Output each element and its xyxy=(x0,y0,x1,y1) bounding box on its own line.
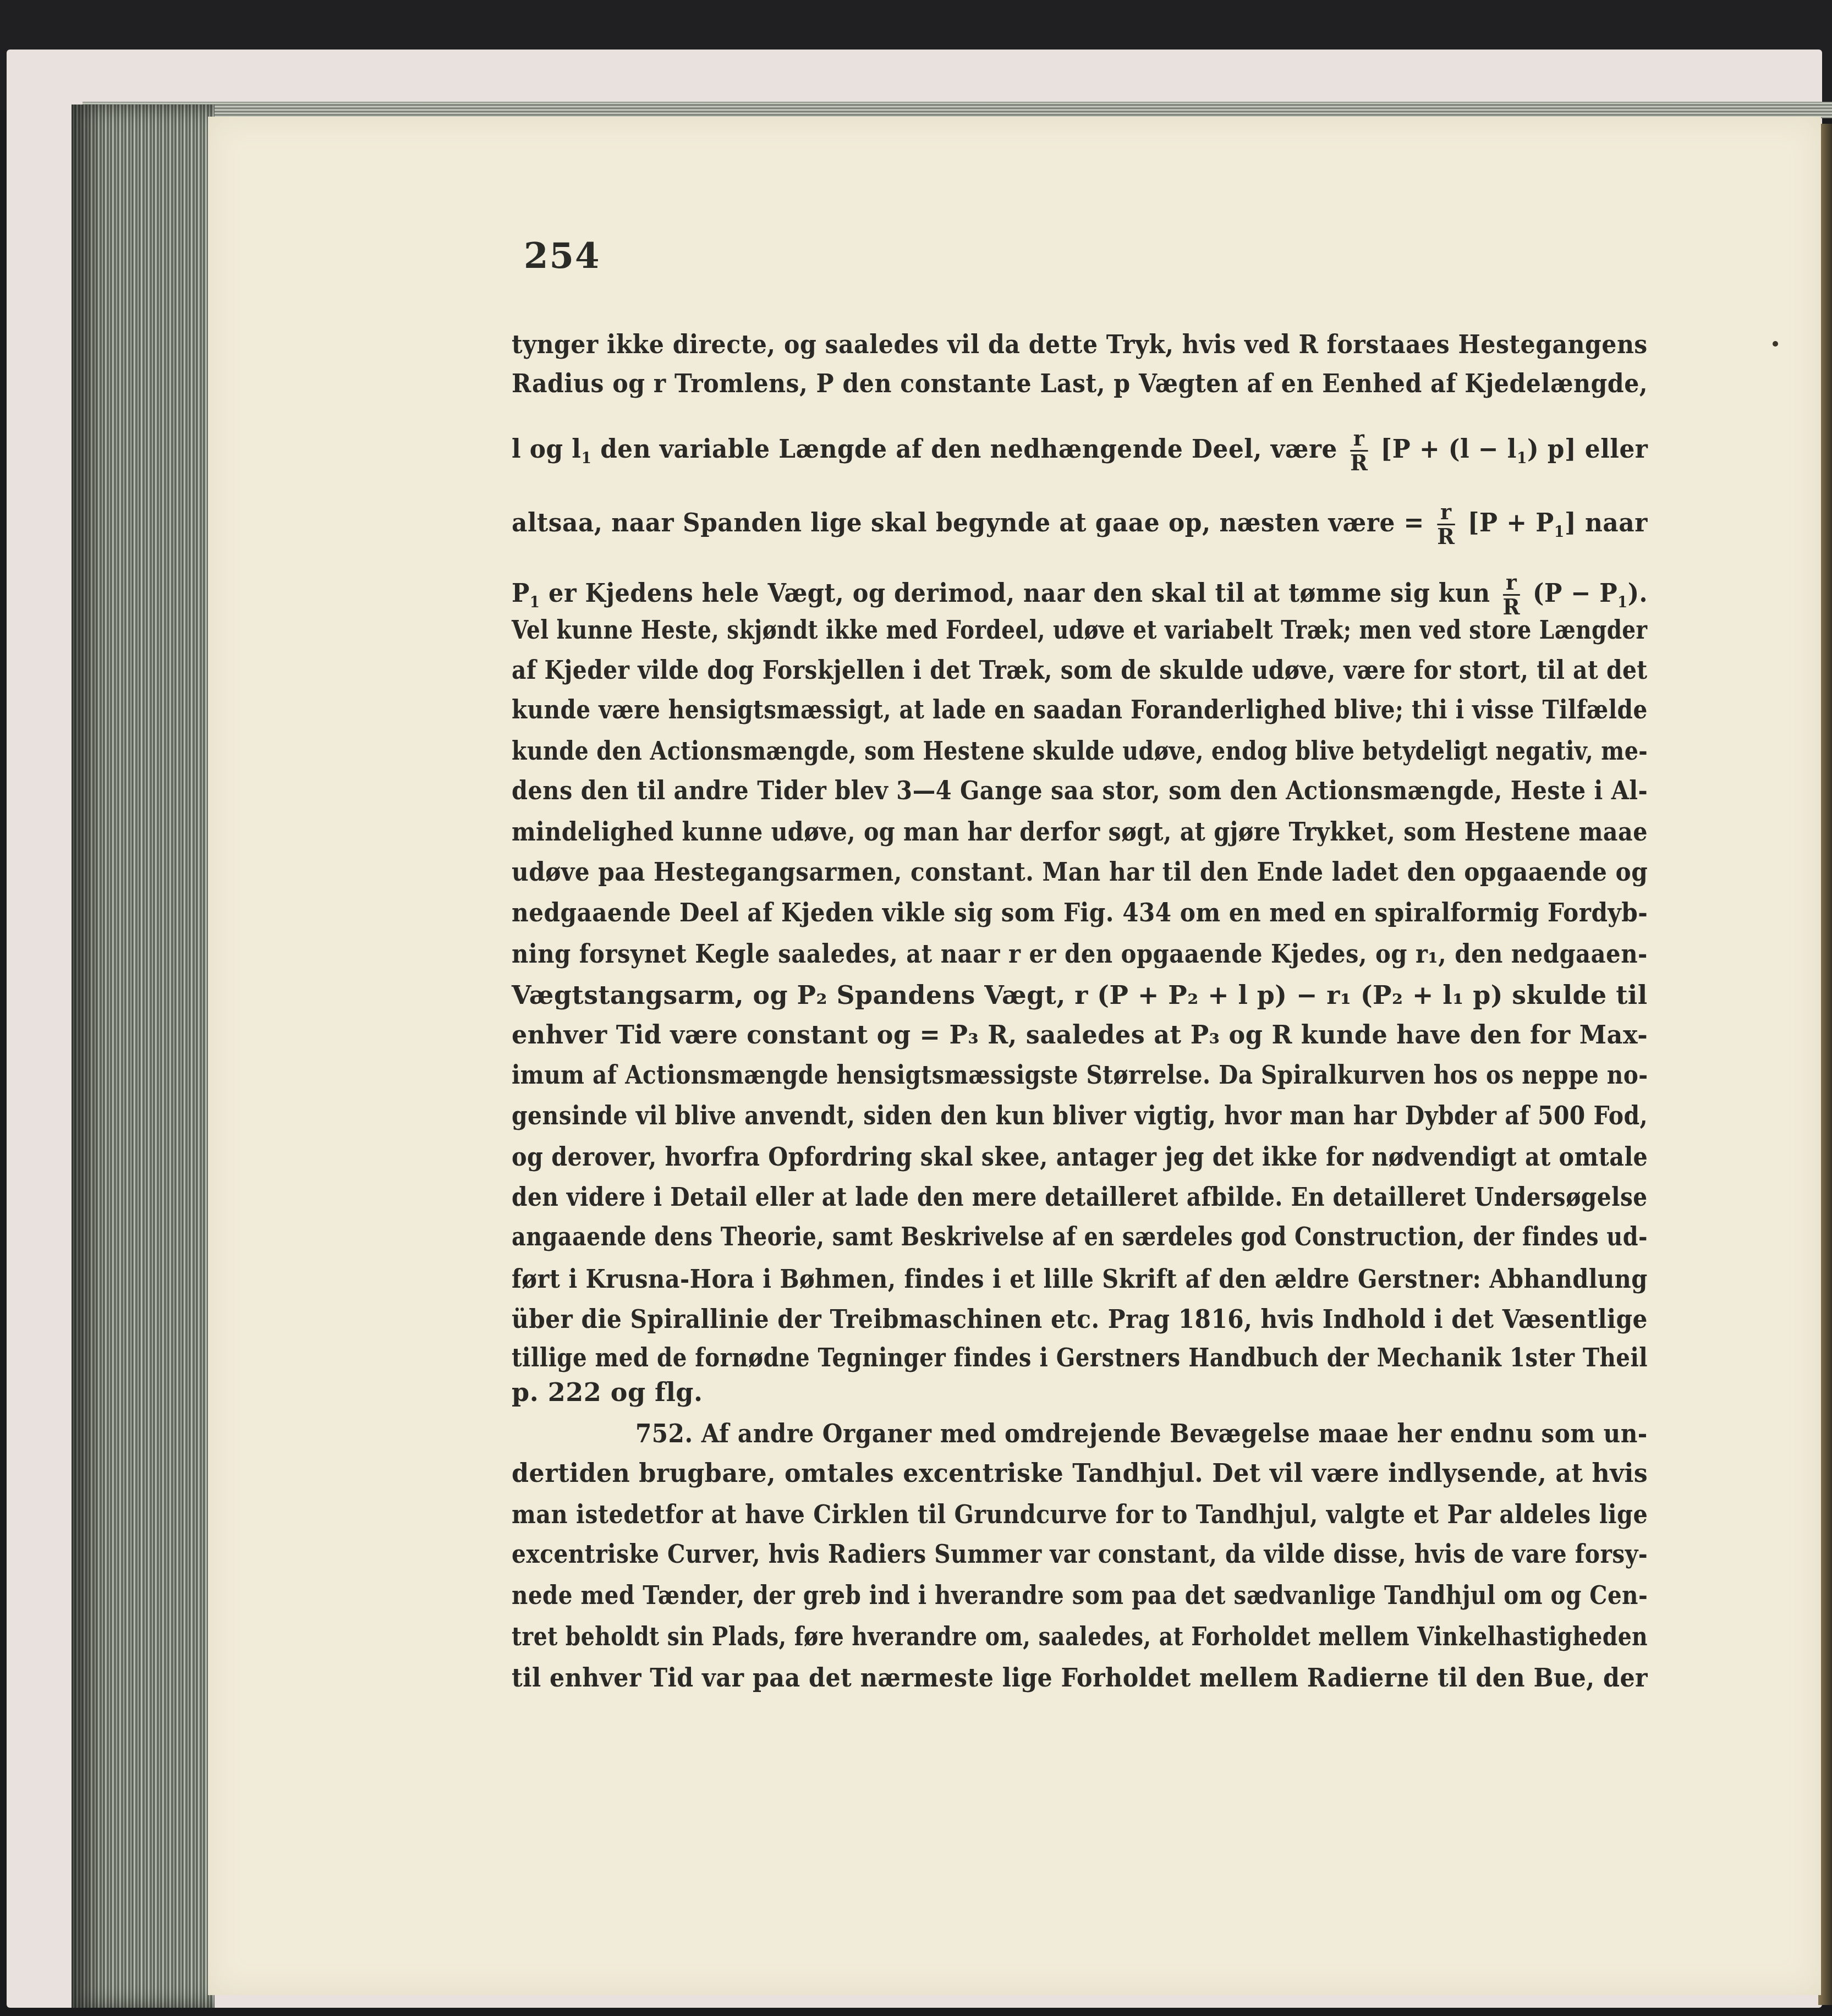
fraction-r-over-R: rR xyxy=(1350,427,1368,475)
text-fragment: l og l xyxy=(512,434,581,464)
text-line: tillige med de fornødne Tegninger findes… xyxy=(512,1341,1509,1374)
text-line: ning forsynet Kegle saaledes, at naar r … xyxy=(512,937,1544,970)
paragraph-start-752: 752. Af andre Organer med omdrejende Bev… xyxy=(635,1417,1564,1450)
text-line: ført i Krusna-Hora i Bøhmen, findes i et… xyxy=(512,1262,1538,1295)
text-line: nedgaaende Deel af Kjeden vikle sig som … xyxy=(512,896,1554,929)
text-line: Vægtstangsarm, og P₂ Spandens Vægt, r (P… xyxy=(512,979,1643,1012)
subscript: 1 xyxy=(530,593,540,611)
text-fragment: den variable Længde af den nedhængende D… xyxy=(591,434,1337,464)
text-line: Vel kunne Heste, skjøndt ikke med Fordee… xyxy=(512,613,1475,646)
text-fragment: [P + (l − l xyxy=(1381,434,1517,464)
page-stack-left-edge xyxy=(72,105,215,2008)
text-line: mindelighed kunne udøve, og man har derf… xyxy=(512,815,1531,848)
fraction-r-over-R: rR xyxy=(1502,571,1520,619)
text-line: den videre i Detail eller at lade den me… xyxy=(512,1180,1516,1213)
text-fragment: (P − P xyxy=(1533,578,1617,608)
text-line: kunde være hensigtsmæssigt, at lade en s… xyxy=(512,693,1514,726)
text-line-formula: altsaa, naar Spanden lige skal begynde a… xyxy=(512,501,1596,548)
text-fragment: ). xyxy=(1628,578,1648,608)
text-fragment: ) p] eller xyxy=(1527,434,1648,464)
text-line: man istedetfor at have Cirklen til Grund… xyxy=(512,1498,1534,1531)
text-fragment: altsaa, naar Spanden lige skal begynde a… xyxy=(512,508,1424,537)
text-line: nede med Tænder, der greb ind i hverandr… xyxy=(512,1579,1512,1612)
text-line: dens den til andre Tider blev 3—4 Gange … xyxy=(512,774,1537,807)
text-line: kunde den Actionsmængde, som Hestene sku… xyxy=(512,734,1490,767)
page-stack-top-edge xyxy=(83,102,1832,118)
text-line: udøve paa Hestegangsarmen, constant. Man… xyxy=(512,855,1555,888)
text-fragment: P xyxy=(512,578,530,608)
subscript: 1 xyxy=(581,449,591,467)
text-line: og derover, hvorfra Opfordring skal skee… xyxy=(512,1140,1532,1173)
fraction-numerator: r xyxy=(1502,571,1520,596)
text-line: excentriske Curver, hvis Radiers Summer … xyxy=(512,1537,1518,1570)
text-line: Radius og r Tromlens, P den constante La… xyxy=(512,367,1566,400)
text-fragment: ] naar xyxy=(1565,508,1648,537)
ink-speck xyxy=(1773,341,1778,347)
text-line: tret beholdt sin Plads, føre hverandre o… xyxy=(512,1620,1482,1653)
text-line: imum af Actionsmængde hensigtsmæssigste … xyxy=(512,1058,1513,1091)
text-line: til enhver Tid var paa det nærmeste lige… xyxy=(512,1661,1568,1694)
text-line: gensinde vil blive anvendt, siden den ku… xyxy=(512,1099,1523,1132)
text-fragment: [P + P xyxy=(1468,508,1554,537)
text-line: tynger ikke directe, og saaledes vil da … xyxy=(512,328,1565,361)
text-line-formula: P1 er Kjedens hele Vægt, og derimod, naa… xyxy=(512,571,1575,619)
text-line: über die Spirallinie der Treibmaschinen … xyxy=(512,1303,1555,1336)
fraction-denominator: R xyxy=(1350,452,1368,475)
text-fragment: er Kjedens hele Vægt, og derimod, naar d… xyxy=(540,578,1490,608)
text-line: p. 222 og flg. xyxy=(512,1376,1648,1409)
subscript: 1 xyxy=(1517,449,1527,467)
text-line: angaaende dens Theorie, samt Beskrivelse… xyxy=(512,1220,1493,1253)
subscript: 1 xyxy=(1617,593,1628,611)
subscript: 1 xyxy=(1554,523,1565,541)
fraction-numerator: r xyxy=(1350,427,1368,452)
fraction-r-over-R: rR xyxy=(1437,501,1455,548)
text-line-formula: l og l1 den variable Længde af den nedhæ… xyxy=(512,427,1593,475)
page-number: 254 xyxy=(524,235,601,277)
text-line: enhver Tid være constant og = P₃ R, saal… xyxy=(512,1018,1611,1051)
text-line: dertiden brugbare, omtales excentriske T… xyxy=(512,1457,1608,1490)
fraction-denominator: R xyxy=(1437,525,1455,548)
text-line: af Kjeder vilde dog Forskjellen i det Tr… xyxy=(512,653,1520,686)
fraction-numerator: r xyxy=(1437,501,1455,525)
